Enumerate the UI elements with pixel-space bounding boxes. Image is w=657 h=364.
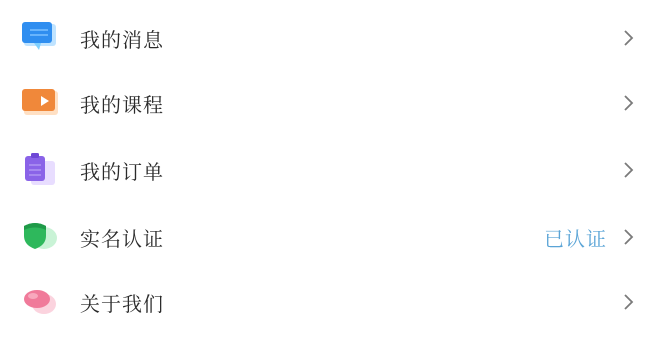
course-video-icon — [22, 86, 60, 120]
about-us-icon — [22, 285, 60, 319]
chevron-right-icon — [621, 94, 635, 112]
menu-item-label: 实名认证 — [80, 223, 164, 252]
menu-item-label: 我的课程 — [80, 89, 164, 118]
chevron-right-icon — [621, 293, 635, 311]
menu-item-about-us[interactable]: 关于我们 — [0, 272, 657, 332]
message-icon — [22, 21, 60, 55]
menu-item-label: 关于我们 — [80, 288, 164, 317]
profile-menu: 我的消息 我的课程 我的订单 实名认证 已认证 — [0, 0, 657, 364]
menu-item-label: 我的消息 — [80, 24, 164, 53]
menu-item-courses[interactable]: 我的课程 — [0, 73, 657, 133]
shield-verify-icon — [22, 220, 60, 254]
menu-item-messages[interactable]: 我的消息 — [0, 8, 657, 68]
chevron-right-icon — [621, 228, 635, 246]
menu-item-orders[interactable]: 我的订单 — [0, 140, 657, 200]
order-clipboard-icon — [22, 153, 60, 187]
menu-item-label: 我的订单 — [80, 156, 164, 185]
chevron-right-icon — [621, 29, 635, 47]
chevron-right-icon — [621, 161, 635, 179]
menu-item-verification[interactable]: 实名认证 已认证 — [0, 207, 657, 267]
verification-status: 已认证 — [544, 223, 607, 252]
